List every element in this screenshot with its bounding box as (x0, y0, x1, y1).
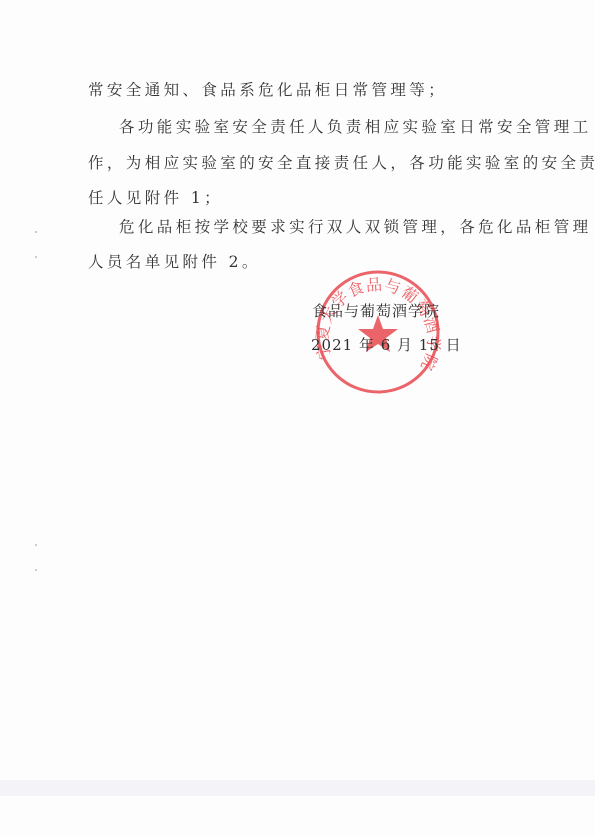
paragraph-2-line-2: 作，为相应实验室的安全直接责任人，各功能实验室的安全责 (88, 151, 595, 173)
document-page: 常安全通知、食品系危化品柜日常管理等； 各功能实验室安全责任人负责相应实验室日常… (0, 0, 595, 836)
scan-edge (0, 780, 595, 796)
signature-date: 2021 年 6 月 15 日 (311, 334, 462, 355)
paragraph-3-line-1: 危化品柜按学校要求实行双人双锁管理，各危化品柜管理 (119, 215, 592, 237)
paragraph-3-line-2: 人员名单见附件 2。 (88, 250, 261, 272)
signature-organization: 食品与葡萄酒学院 (312, 300, 440, 321)
scan-mark (35, 256, 37, 258)
scan-mark (35, 544, 37, 546)
paragraph-1-line-1: 常安全通知、食品系危化品柜日常管理等； (88, 78, 447, 100)
paragraph-2-line-1: 各功能实验室安全责任人负责相应实验室日常安全管理工 (119, 115, 592, 137)
paragraph-2-line-3: 任人见附件 1； (88, 186, 223, 208)
official-seal-icon: 宁夏大学食品与葡萄酒学院 (313, 267, 443, 397)
scan-mark (35, 569, 37, 571)
scan-mark (35, 231, 37, 233)
